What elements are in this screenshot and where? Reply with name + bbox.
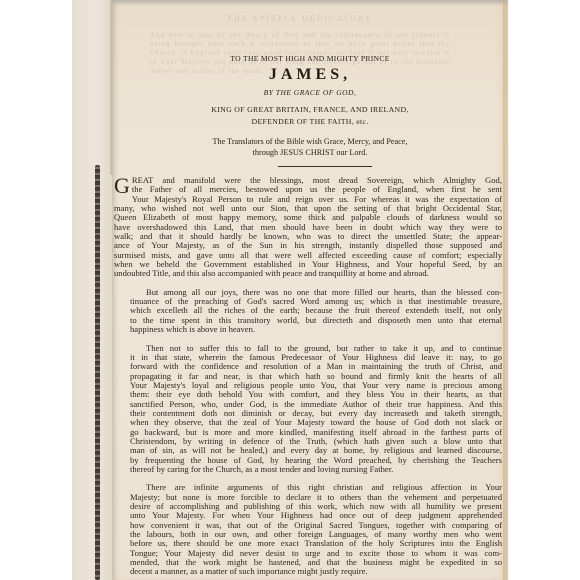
section-divider-rule (278, 166, 372, 167)
paragraph-1: G REAT and manifold were the blessings, … (114, 176, 502, 279)
translators-greeting: The Translators of the Bible wish Grace,… (112, 136, 508, 158)
dedication-salutation: TO THE MOST HIGH AND MIGHTY PRINCE (112, 54, 508, 63)
paragraph-3: Then not to suffer this to fall to the g… (114, 344, 502, 475)
paragraph-2: But among all our joys, there was no one… (114, 288, 502, 335)
paragraph-4: There are infinite arguments of this rig… (114, 483, 502, 576)
right-page-edge (503, 0, 509, 580)
book-photo: THE EPISTLE DEDICATORY And now at last b… (0, 0, 580, 580)
titles-line-2: DEFENDER OF THE FAITH, etc. (112, 116, 508, 128)
bleed-through-title: THE EPISTLE DEDICATORY (150, 14, 450, 23)
titles-line-1: KING OF GREAT BRITAIN, FRANCE, AND IRELA… (112, 104, 508, 116)
text-line: happiness which is above in heaven. (114, 325, 502, 334)
top-shadow (112, 0, 508, 6)
greeting-line-1: The Translators of the Bible wish Grace,… (112, 136, 508, 147)
text-line: undoubted Title, and this also accompani… (114, 269, 502, 278)
drop-cap: G (114, 177, 130, 195)
dedication-body: G REAT and manifold were the blessings, … (114, 176, 502, 580)
dedication-titles: KING OF GREAT BRITAIN, FRANCE, AND IRELA… (112, 104, 508, 128)
torn-page-edge (95, 165, 100, 580)
greeting-line-2: through JESUS CHRIST our Lord. (112, 147, 508, 158)
underlying-page (72, 0, 112, 580)
text-line: decent a manner, as a matter of such imp… (114, 567, 502, 576)
dedication-grace: BY THE GRACE OF GOD, (112, 88, 508, 97)
text-line: thereof by caring for the Church, as a m… (114, 465, 502, 474)
dedication-name: JAMES, (112, 66, 508, 84)
